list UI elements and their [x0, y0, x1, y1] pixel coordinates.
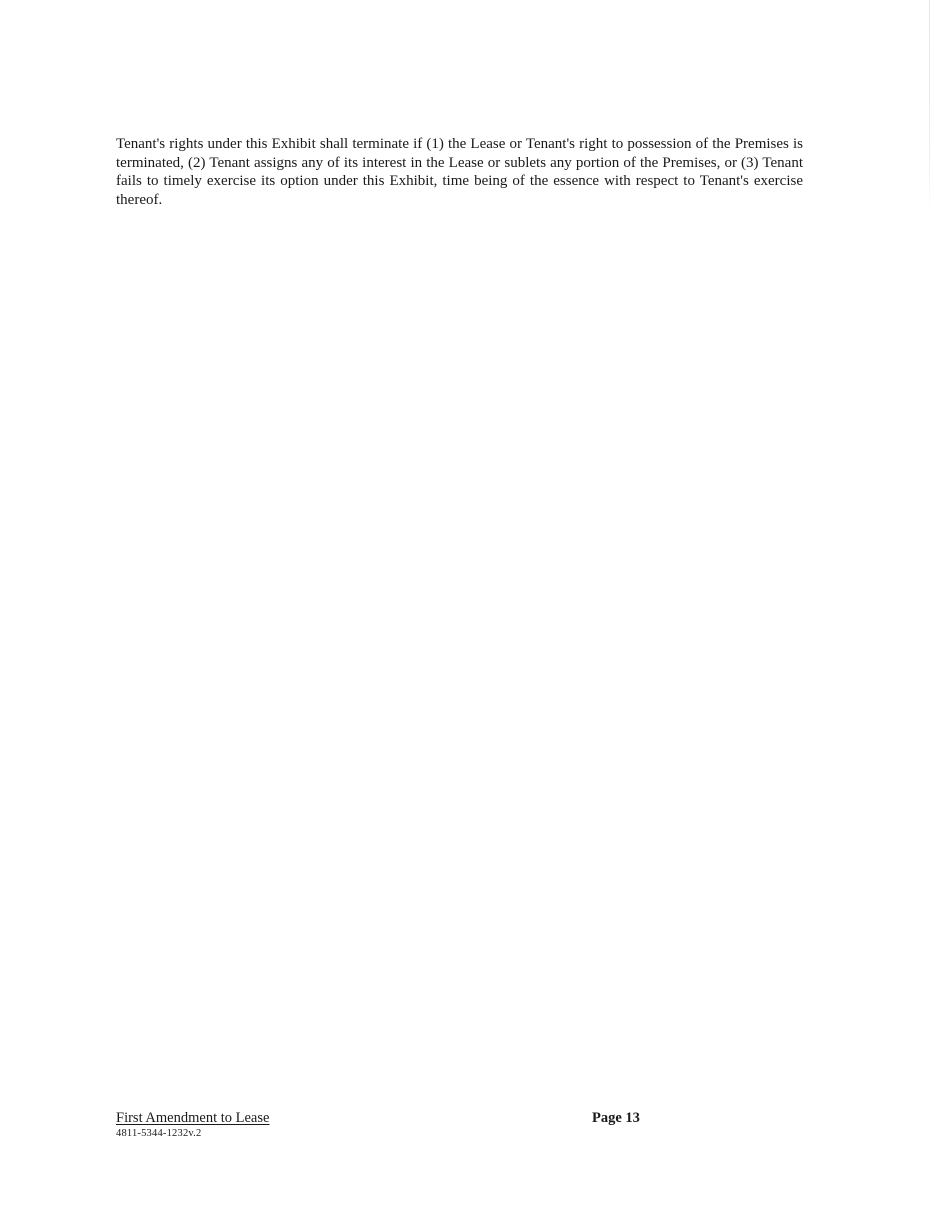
body-paragraph: Tenant's rights under this Exhibit shall… — [116, 135, 803, 209]
footer-document-id: 4811-5344-1232v.2 — [116, 1128, 201, 1140]
page-edge-line — [929, 0, 930, 220]
footer-document-title: First Amendment to Lease — [116, 1110, 269, 1127]
footer-page-number: Page 13 — [592, 1110, 640, 1127]
